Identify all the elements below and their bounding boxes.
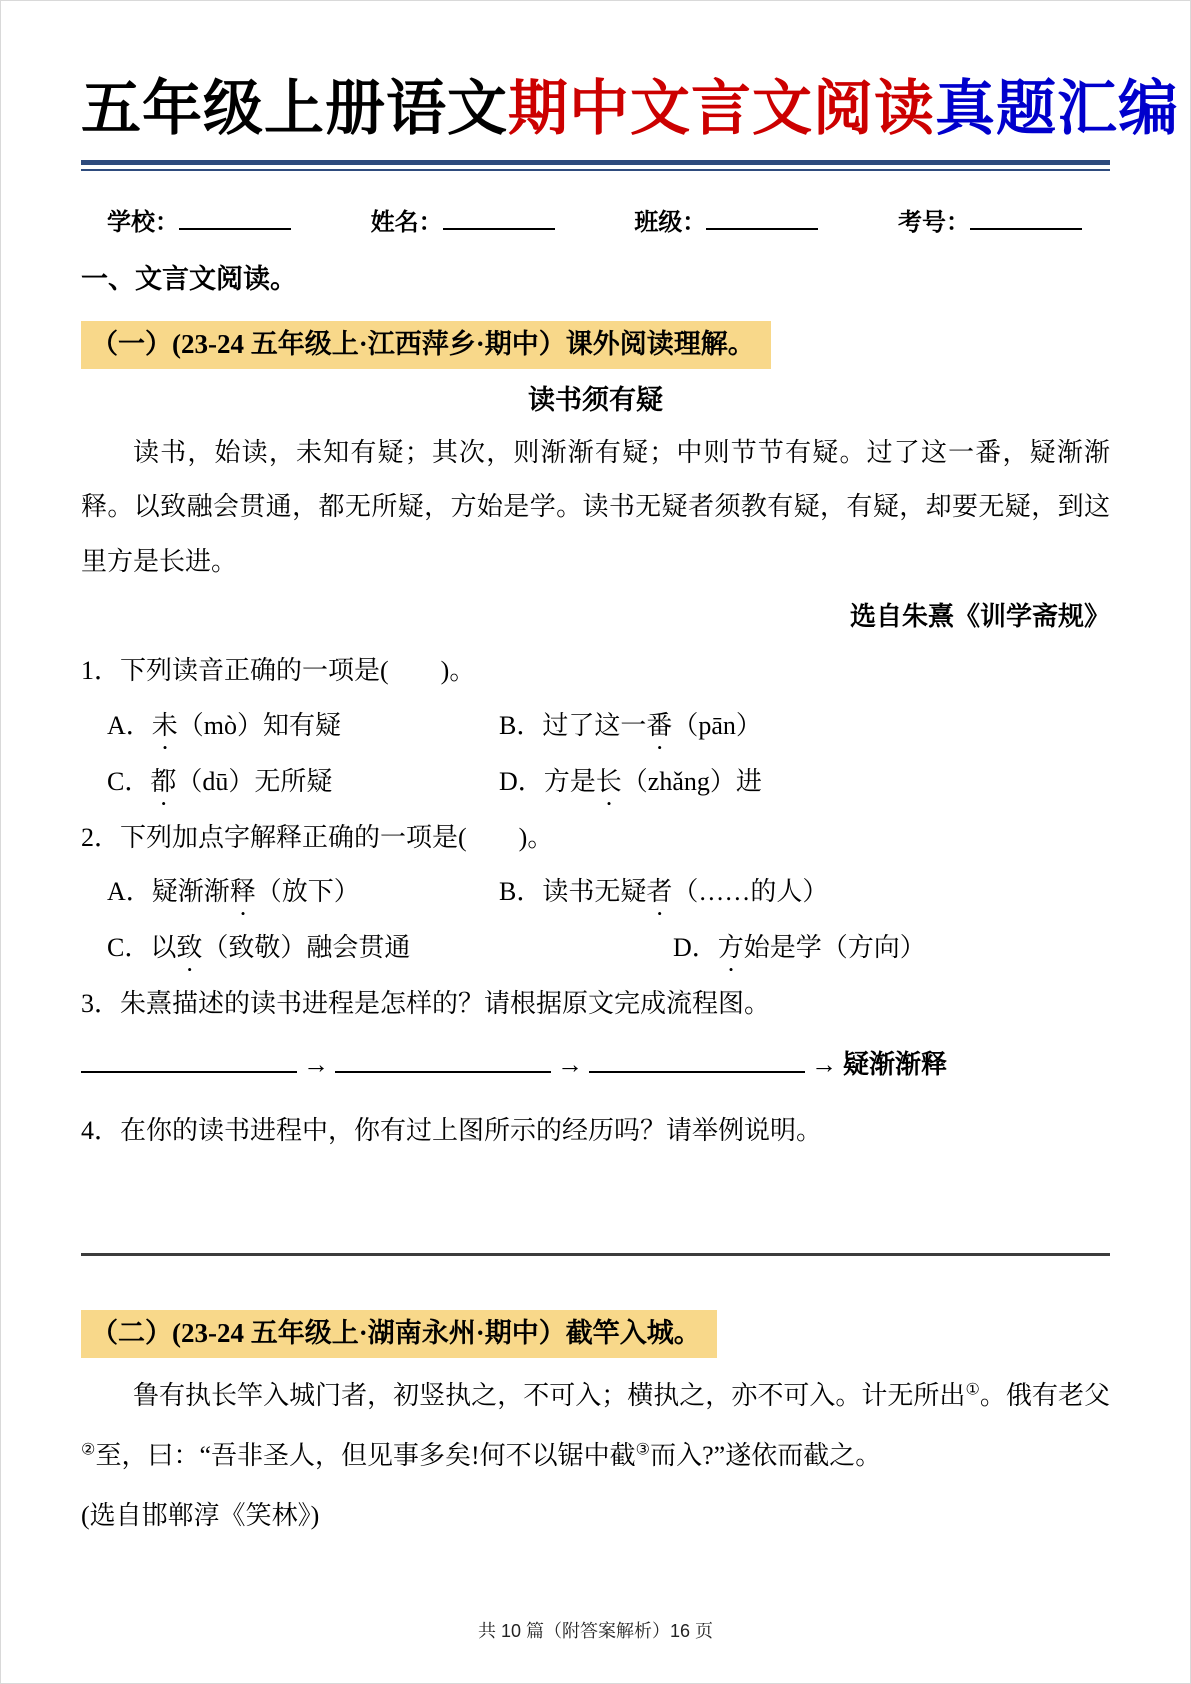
footnote-marker-2: ② [81, 1441, 95, 1458]
section-heading: 一、文言文阅读。 [81, 263, 1110, 297]
class-field: 班级： [634, 203, 818, 241]
option-text: （zhǎng）进 [622, 767, 762, 796]
school-label: 学校： [107, 210, 179, 236]
class-label: 班级： [634, 210, 706, 236]
name-blank [443, 203, 555, 230]
emphasized-char: 长 [596, 767, 622, 796]
option-text: C．以 [107, 933, 176, 962]
flow-blank-3 [589, 1044, 805, 1073]
school-blank [179, 203, 291, 230]
emphasized-char: 未 [152, 711, 178, 740]
question3-flowchart: →→→疑渐渐释 [81, 1038, 1110, 1093]
passage2-source: (选自邯郸淳《笑林》) [81, 1486, 1110, 1546]
emphasized-char: 释 [230, 877, 256, 906]
question2-option-b: B．读书无疑者（……的人） [499, 865, 828, 921]
name-label: 姓名： [371, 210, 443, 236]
question2-option-a: A．疑渐渐释（放下） [107, 865, 499, 921]
document-page: 五年级上册语文期中文言文阅读真题汇编 学校： 姓名： 班级： 考号： 一、文言文… [0, 0, 1191, 1684]
title-divider [81, 160, 1110, 171]
passage2-header: （二）(23-24 五年级上·湖南永州·期中）截竿入城。 [81, 1310, 717, 1358]
passage1-header: （一）(23-24 五年级上·江西萍乡·期中）课外阅读理解。 [81, 321, 771, 369]
title-divider-thin-line [81, 169, 1110, 171]
option-text: （mò）知有疑 [178, 711, 341, 740]
arrow-icon: → [551, 1050, 589, 1079]
arrow-icon: → [297, 1050, 335, 1079]
page-footer: 共 10 篇（附答案解析）16 页 [1, 1617, 1190, 1643]
question1-option-b: B．过了这一番（pān） [499, 699, 762, 755]
option-text: （dū）无所疑 [176, 767, 332, 796]
question1-options-row1: A．未（mò）知有疑 B．过了这一番（pān） [81, 699, 1110, 755]
examno-blank [970, 203, 1082, 230]
passage1-body: 读书，始读，未知有疑；其次，则渐渐有疑；中则节节有疑。过了这一番，疑渐渐释。以致… [81, 426, 1110, 590]
flow-final-step: 疑渐渐释 [843, 1050, 947, 1079]
question2-option-c: C．以致（致敬）融会贯通 [107, 921, 673, 977]
emphasized-char: 番 [646, 711, 672, 740]
footnote-marker-1: ① [965, 1382, 979, 1399]
title-part-blue: 真题汇编 [935, 76, 1179, 142]
option-text: （放下） [256, 877, 360, 906]
option-text: B．读书无疑 [499, 877, 646, 906]
page-title: 五年级上册语文期中文言文阅读真题汇编 [81, 1, 1110, 144]
emphasized-char: 致 [176, 933, 202, 962]
question3-stem: 3．朱熹描述的读书进程是怎样的？请根据原文完成流程图。 [81, 977, 1110, 1032]
student-info-form: 学校： 姓名： 班级： 考号： [81, 203, 1110, 241]
option-text: （致敬）融会贯通 [202, 933, 410, 962]
title-part-black: 五年级上册语文 [81, 76, 508, 142]
question2-options-row2: C．以致（致敬）融会贯通 D．方始是学（方向） [81, 921, 1110, 977]
flow-blank-1 [81, 1044, 297, 1073]
option-text: （……的人） [672, 877, 828, 906]
option-text: C． [107, 767, 150, 796]
passage2-text: 至，曰：“吾非圣人，但见事多矣!何不以锯中截 [95, 1441, 635, 1470]
arrow-icon: → [805, 1050, 843, 1079]
passage2-body: 鲁有执长竿入城门者，初竖执之，不可入；横执之，亦不可入。计无所出①。俄有老父②至… [81, 1366, 1110, 1486]
question2-options-row1: A．疑渐渐释（放下） B．读书无疑者（……的人） [81, 865, 1110, 921]
question1-option-c: C．都（dū）无所疑 [107, 755, 499, 811]
emphasized-char: 者 [646, 877, 672, 906]
option-text: B．过了这一 [499, 711, 646, 740]
option-text: A． [107, 711, 152, 740]
question1-stem: 1．下列读音正确的一项是( )。 [81, 644, 1110, 699]
question1-option-d: D．方是长（zhǎng）进 [499, 755, 762, 811]
section-divider-line [81, 1253, 1110, 1256]
passage2-text: 。俄有老父 [980, 1381, 1110, 1410]
passage2-text: 而入?”遂依而截之。 [650, 1441, 881, 1470]
question1-options-row2: C．都（dū）无所疑 D．方是长（zhǎng）进 [81, 755, 1110, 811]
question4-stem: 4．在你的读书进程中，你有过上图所示的经历吗？请举例说明。 [81, 1104, 1110, 1159]
option-text: （pān） [672, 711, 762, 740]
passage2-text: 鲁有执长竿入城门者，初竖执之，不可入；横执之，亦不可入。计无所出 [133, 1381, 965, 1410]
passage1-source: 选自朱熹《训学斋规》 [81, 590, 1110, 645]
emphasized-char: 方 [718, 933, 744, 962]
flow-blank-2 [335, 1044, 551, 1073]
option-text: D． [673, 933, 718, 962]
school-field: 学校： [107, 203, 291, 241]
class-blank [706, 203, 818, 230]
footnote-marker-3: ③ [636, 1441, 650, 1458]
option-text: 始是学（方向） [744, 933, 926, 962]
emphasized-char: 都 [150, 767, 176, 796]
title-part-red: 期中文言文阅读 [508, 76, 935, 142]
passage1-title: 读书须有疑 [81, 383, 1110, 418]
option-text: D．方是 [499, 767, 596, 796]
question2-option-d: D．方始是学（方向） [673, 921, 926, 977]
examno-field: 考号： [898, 203, 1082, 241]
option-text: A．疑渐渐 [107, 877, 230, 906]
name-field: 姓名： [371, 203, 555, 241]
examno-label: 考号： [898, 210, 970, 236]
question2-stem: 2．下列加点字解释正确的一项是( )。 [81, 811, 1110, 866]
question1-option-a: A．未（mò）知有疑 [107, 699, 499, 755]
